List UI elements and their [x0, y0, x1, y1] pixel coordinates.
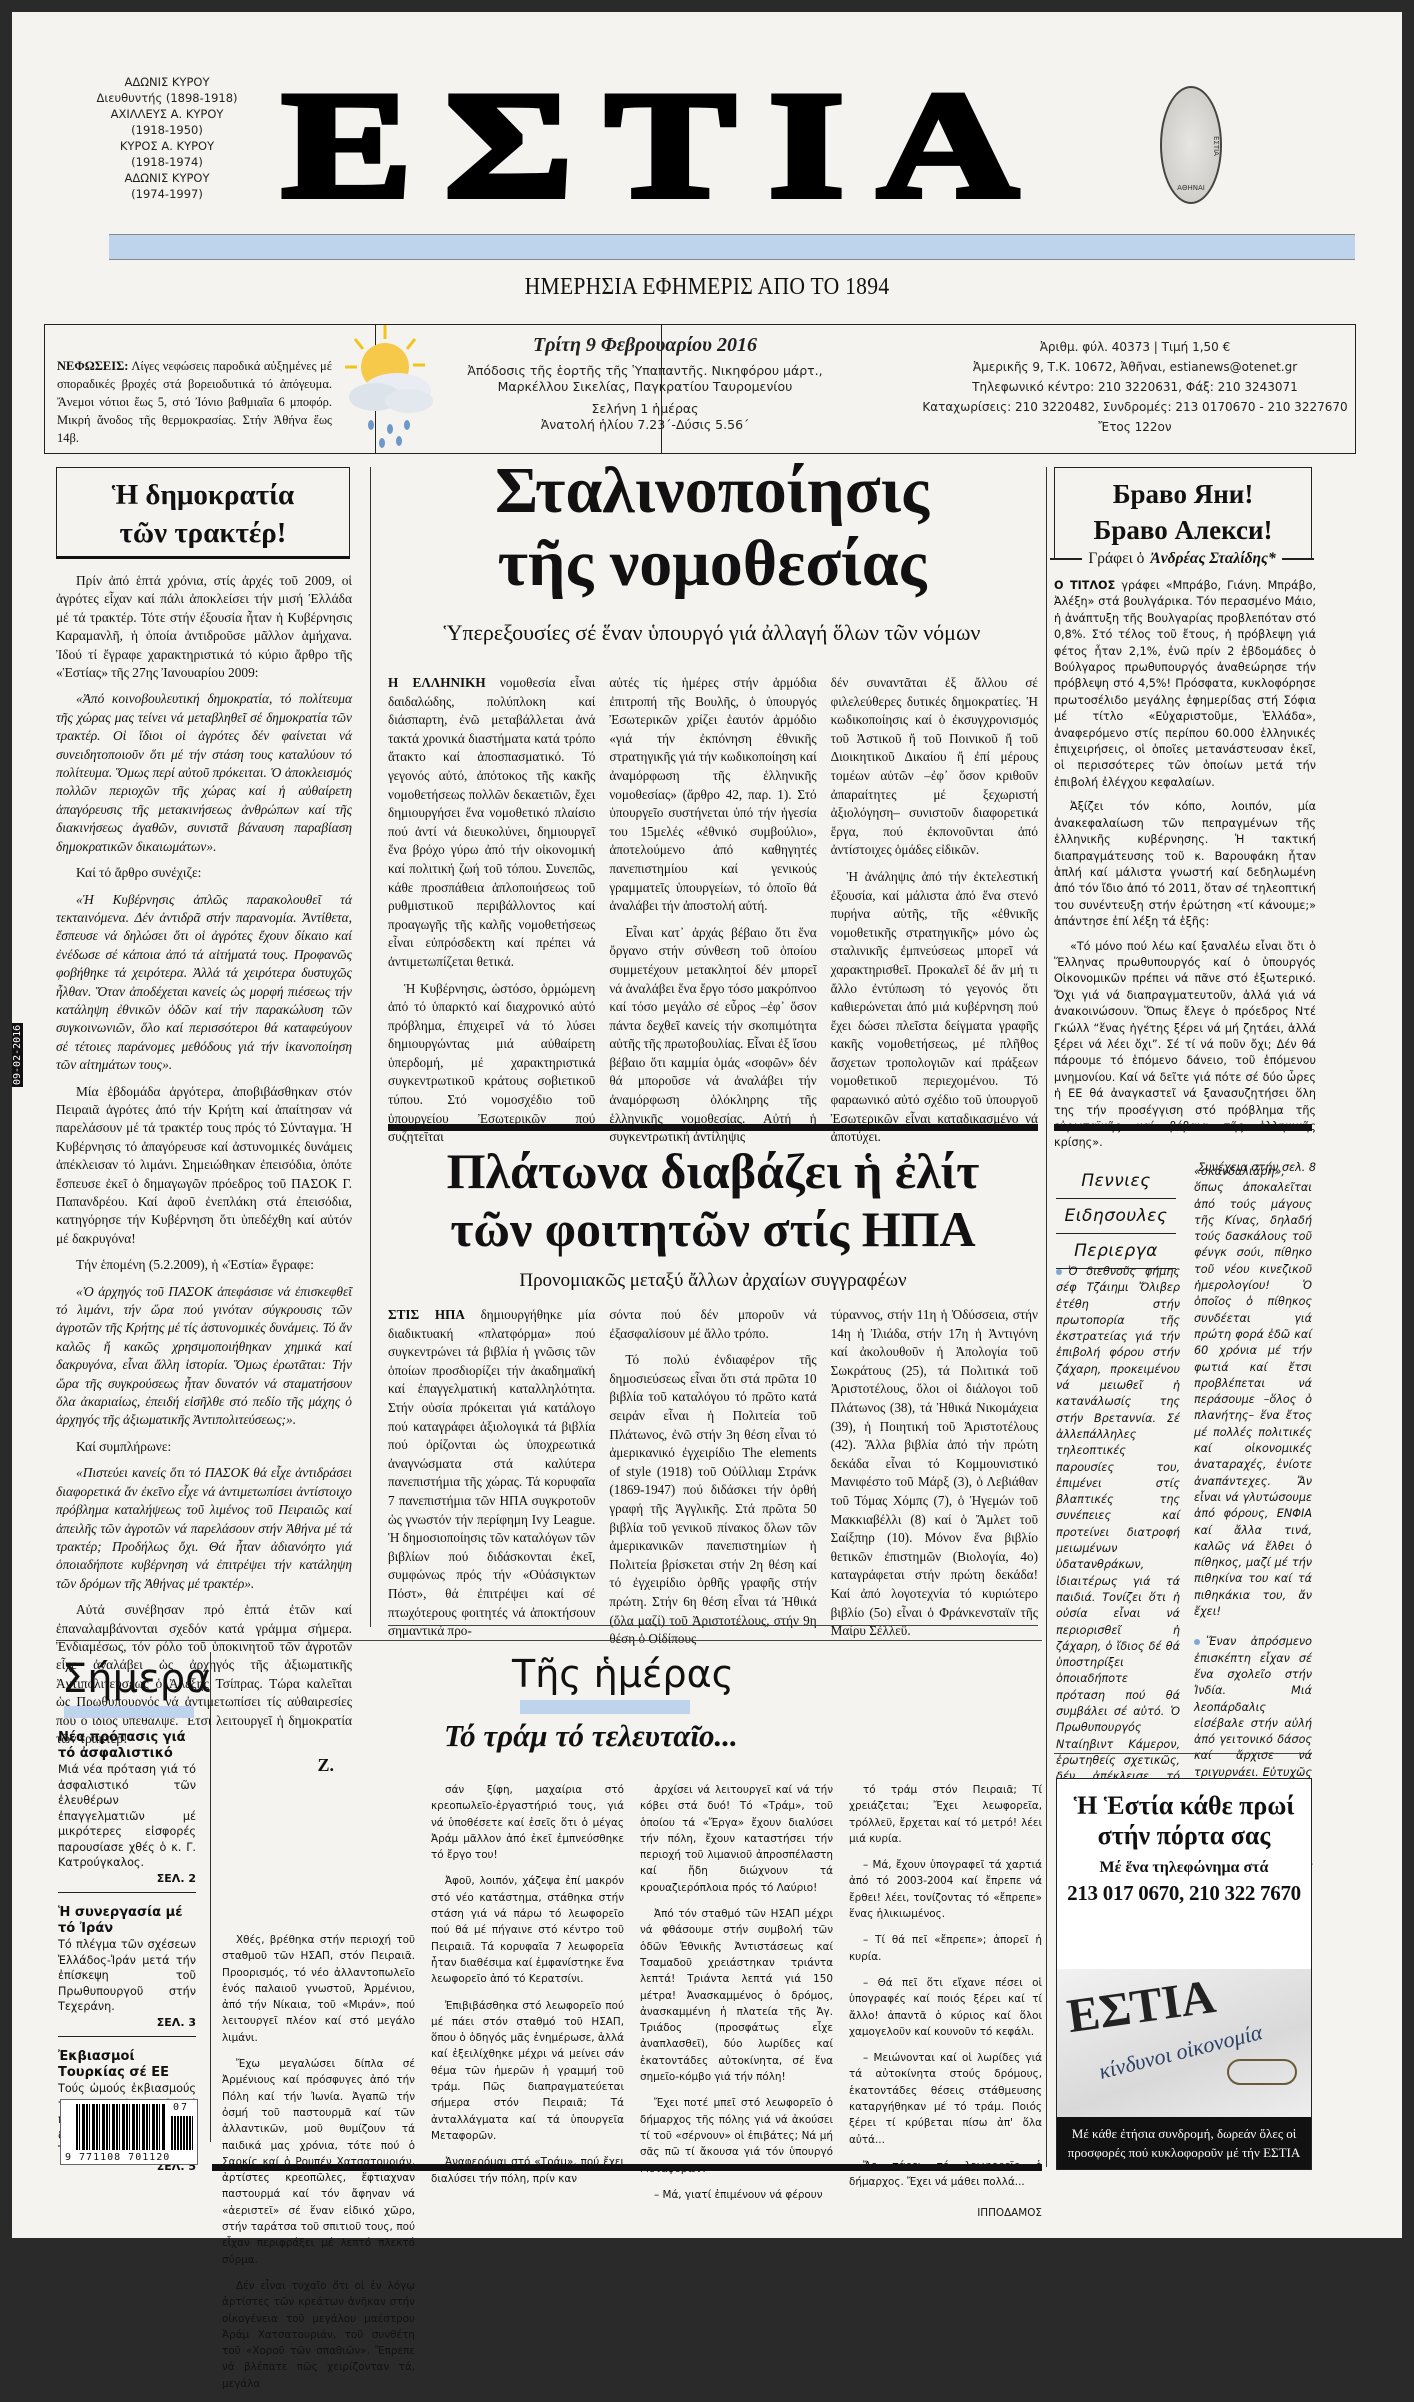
- date-stamp: 09-02-2016: [12, 1023, 23, 1087]
- coin-seal-icon: ΕΣΤΙΑ ΑΘΗΝΑΙ: [1160, 86, 1222, 204]
- paragraph: τύραννος, στήν 11η ἡ Ὀδύσσεια, στήν 14η …: [831, 1306, 1038, 1641]
- opinion-title-box: Браво Яни! Браво Алекси!: [1054, 467, 1312, 559]
- sunrise-sunset: Ἀνατολή ἡλίου 7.23΄-Δύσις 5.56΄: [385, 417, 905, 433]
- founder-role: Διευθυντής (1898-1918): [72, 90, 262, 106]
- founder-name: ΑΔΩΝΙΣ ΚΥΡΟΥ: [72, 170, 262, 186]
- founder-role: (1974-1997): [72, 186, 262, 202]
- newspaper-logo: ΕΣΤΙΑ: [282, 78, 1051, 213]
- paragraph-text: δημιουργήθηκε μία διαδικτυακή «πλατφόρμα…: [388, 1307, 595, 1638]
- paragraph: Ἀξίζει τόν κόπο, λοιπόν, μία ἀνακεφαλαίω…: [1054, 799, 1316, 930]
- signature: ΙΠΠΟΔΑΜΟΣ: [849, 2205, 1042, 2221]
- lead-subtitle: Ὑπερεξουσίες σέ ἕναν ὑπουργό γιά ἀλλαγή …: [372, 620, 1052, 646]
- headline-line: Πλάτωνα διαβάζει ἡ ἐλίτ: [388, 1142, 1038, 1200]
- feast-day: Ἀπόδοσις τῆς ἑορτῆς τῆς Ὑπαπαντῆς. Νικηφ…: [385, 363, 905, 395]
- text-column: δέν συναντᾶται ἐξ ἄλλου σέ φιλελεύθερες …: [831, 674, 1038, 1155]
- text-column: Η ΕΛΛΗΝΙΚΗ νομοθεσία εἶναι δαιδαλώδης, π…: [388, 674, 595, 1155]
- rule: [1282, 558, 1314, 560]
- simera-item[interactable]: Νέα πρότασις γιά τό ἀσφαλιστικό Μιά νέα …: [58, 1730, 196, 1893]
- newspaper-photo: ΕΣΤΙΑ κίνδυνοι οἰκονομία: [1057, 1969, 1312, 2119]
- text-column: σάν ξίφη, μαχαίρια στό κρεοπωλεῖο-ἐργαστ…: [431, 1782, 624, 2250]
- quote-paragraph: «Ἡ Κυβέρνησις ἁπλῶς παρακολουθεῖ τά τεκτ…: [56, 891, 352, 1075]
- byline-prefix: Γράφει ὁ: [1088, 550, 1144, 568]
- phone: Τηλεφωνικό κέντρο: 210 3220631, Φάξ: 210…: [915, 377, 1355, 397]
- section-rule: [56, 1640, 1042, 1641]
- item-text: Μιά νέα πρόταση γιά τό ἀσφαλιστικό τῶν ἐ…: [58, 1762, 196, 1871]
- section-band: [520, 1700, 690, 1714]
- paragraph: Ἀπό τόν σταθμό τῶν ΗΣΑΠ μέχρι νά φθάσουμ…: [640, 1906, 833, 2085]
- paragraph: Καί τό ἄρθρο συνέχιζε:: [56, 864, 352, 882]
- paragraph: ΣΤΙΣ ΗΠΑ δημιουργήθηκε μία διαδικτυακή «…: [388, 1306, 595, 1641]
- column-divider: [1046, 467, 1047, 2167]
- founder-role: (1918-1950): [72, 122, 262, 138]
- section-rule: [388, 1625, 1038, 1626]
- page-ref: ΣΕΛ. 3: [157, 2015, 196, 2031]
- editorial-title: τῶν τρακτέρ!: [57, 514, 349, 552]
- barcode-addon-bars: [171, 2116, 193, 2150]
- rule: [1050, 558, 1082, 560]
- opinion-body: Ο ΤΙΤΛΟΣ γράφει «Μπράβο, Γιάνη. Μπράβο, …: [1054, 578, 1316, 1176]
- paragraph: Καί συμπλήρωνε:: [56, 1438, 352, 1456]
- column-headline[interactable]: Τό τράμ τό τελευταῖο...: [444, 1718, 1004, 1754]
- subscription-ad[interactable]: Ἡ Ἑστία κάθε πρωί στήν πόρτα σας Μέ ἕνα …: [1056, 1778, 1312, 2170]
- lede: Ο ΤΙΤΛΟΣ: [1054, 579, 1115, 592]
- paragraph: – Θά πεῖ ὅτι εἴχανε πέσει οἱ ὑπογραφές κ…: [849, 1975, 1042, 2040]
- lede: Η ΕΛΛΗΝΙΚΗ: [388, 675, 486, 690]
- text-column: τό τράμ στόν Πειραιᾶ; Τί χρειάζεται; Ἔχε…: [849, 1782, 1042, 2250]
- paragraph: Χθές, βρέθηκα στήν περιοχή τοῦ σταθμοῦ τ…: [222, 1932, 415, 2046]
- quote-paragraph: «Ὁ ἀρχηγός τοῦ ΠΑΣΟΚ ἀπεφάσισε νά ἐπισκε…: [56, 1283, 352, 1430]
- paragraph: – Τί θά πεῖ «ἔπρεπε»; ἀπορεῖ ἡ κυρία.: [849, 1932, 1042, 1965]
- paragraph: – Μά, γιατί ἐπιμένουν νά φέρουν: [640, 2187, 833, 2203]
- brief-item: Ὁ διεθνοῦς φήμης σέφ Τζάιημι Ὄλιβερ ἐτέθ…: [1056, 1264, 1180, 1818]
- paragraph: Ἐπιβιβάσθηκα στό λεωφορεῖο πού μέ πάει σ…: [431, 1998, 624, 2145]
- weather-label: ΝΕΦΩΣΕΙΣ:: [57, 359, 128, 373]
- paragraph: δέν συναντᾶται ἐξ ἄλλου σέ φιλελεύθερες …: [831, 674, 1038, 860]
- founder-name: ΑΧΙΛΛΕΥΣ Α. ΚΥΡΟΥ: [72, 106, 262, 122]
- text-column: ἀρχίσει νά λειτουργεῖ καί νά τήν κόβει σ…: [640, 1782, 833, 2250]
- text-column: Χθές, βρέθηκα στήν περιοχή τοῦ σταθμοῦ τ…: [222, 1782, 415, 2250]
- paragraph-text: γράφει «Μπράβο, Γιάνη. Μπράβο, Ἀλέξη» στ…: [1054, 579, 1316, 789]
- editorial-title: Ἡ δημοκρατία: [57, 476, 349, 514]
- editorial-title-box: Ἡ δημοκρατία τῶν τρακτέρ!: [56, 467, 350, 559]
- seal-city: ΑΘΗΝΑΙ: [1162, 184, 1220, 192]
- address: Ἀμερικῆς 9, Τ.Κ. 10672, Ἀθῆναι, estianew…: [915, 357, 1355, 377]
- photo-logo: ΕΣΤΙΑ: [1064, 1969, 1219, 2044]
- founder-role: (1918-1974): [72, 154, 262, 170]
- barcode-number: 9 771108 701120: [65, 2152, 170, 2163]
- headline-line: Σταλινοποίησις: [372, 454, 1052, 527]
- barcode-addon: 07: [173, 2102, 189, 2113]
- paragraph: «Τό μόνο πού λέω καί ξαναλέω εἶναι ὅτι ὁ…: [1054, 939, 1316, 1152]
- paragraph: Τό πολύ ἐνδιαφέρον τῆς δημοσιεύσεως εἶνα…: [609, 1351, 816, 1649]
- paragraph: – Μά, ἔχουν ὑπογραφεῖ τά χαρτιά ἀπό τό 2…: [849, 1857, 1042, 1922]
- opinion-byline: Γράφει ὁ Ἀνδρέας Σταλίδης*: [1050, 550, 1314, 568]
- paragraph: Εἶναι κατ᾽ ἀρχάς βέβαιο ὅτι ἕνα ὄργανο σ…: [609, 924, 816, 1147]
- info-bar: ΝΕΦΩΣΕΙΣ: Λίγες νεφώσεις παροδικά αὐξημέ…: [44, 324, 1356, 454]
- ad-title: Ἡ Ἑστία κάθε πρωί στήν πόρτα σας: [1057, 1791, 1311, 1851]
- subscriptions: Καταχωρίσεις: 210 3220482, Συνδρομές: 21…: [915, 397, 1355, 417]
- brief-item: «σκανδαλιάρη», ὅπως ἀποκαλεῖται ἀπό τούς…: [1194, 1164, 1312, 1620]
- editorial-body: Πρίν ἀπό ἑπτά χρόνια, στίς ἀρχές τοῦ 200…: [56, 572, 352, 1775]
- second-headline[interactable]: Πλάτωνα διαβάζει ἡ ἐλίτ τῶν φοιτητῶν στί…: [388, 1142, 1038, 1258]
- item-title: Νέα πρότασις γιά τό ἀσφαλιστικό: [58, 1730, 196, 1762]
- paragraph: Τήν ἑπομένη (5.2.2009), ἡ «Ἑστία» ἔγραφε…: [56, 1256, 352, 1274]
- heading-word: Ειδησουλες: [1056, 1199, 1176, 1234]
- paragraph: – Μειώνονται καί οἱ λωρίδες γιά τά αὐτοκ…: [849, 2050, 1042, 2148]
- byline-author: Ἀνδρέας Σταλίδης*: [1150, 550, 1275, 568]
- section-title: Τῆς ἡμέρας: [512, 1652, 792, 1696]
- paragraph: Πρίν ἀπό ἑπτά χρόνια, στίς ἀρχές τοῦ 200…: [56, 572, 352, 682]
- barcode: 07 9 771108 701120: [60, 2099, 198, 2165]
- text-column: τύραννος, στήν 11η ἡ Ὀδύσσεια, στήν 14η …: [831, 1306, 1038, 1657]
- section-rule: [212, 2164, 1042, 2171]
- ad-subtitle: Μέ ἕνα τηλεφώνημα στά: [1057, 1859, 1311, 1877]
- item-title: Ἡ συνεργασία μέ τό Ἰράν: [58, 1905, 196, 1937]
- founders-list: ΑΔΩΝΙΣ ΚΥΡΟΥ Διευθυντής (1898-1918) ΑΧΙΛ…: [72, 74, 262, 202]
- bullet-icon: [1056, 1269, 1062, 1275]
- barcode-bars: [76, 2104, 166, 2150]
- paragraph: Ἄς πάρει τό λεωφορεῖο ὁ δήμαρχος. Ἔχει ν…: [849, 2158, 1042, 2191]
- quote-paragraph: «Ἀπό κοινοβουλευτική δημοκρατία, τό πολί…: [56, 690, 352, 856]
- newspaper-front-page: ΑΔΩΝΙΣ ΚΥΡΟΥ Διευθυντής (1898-1918) ΑΧΙΛ…: [12, 12, 1402, 2238]
- lead-headline[interactable]: Σταλινοποίησις τῆς νομοθεσίας: [372, 454, 1052, 600]
- paragraph: σάν ξίφη, μαχαίρια στό κρεοπωλεῖο-ἐργαστ…: [431, 1782, 624, 1863]
- issue-date: Τρίτη 9 Φεβρουαρίου 2016: [385, 337, 905, 353]
- section-rule: [1054, 1124, 1312, 1131]
- masthead-band: [109, 234, 1355, 260]
- section-rule: [1054, 1753, 1312, 1754]
- masthead-tagline: ΗΜΕΡΗΣΙΑ ΕΦΗΜΕΡΙΣ ΑΠΟ ΤΟ 1894: [82, 274, 1333, 301]
- paragraph: Ο ΤΙΤΛΟΣ γράφει «Μπράβο, Γιάνη. Μπράβο, …: [1054, 578, 1316, 791]
- issue-price: Ἀριθμ. φύλ. 40373 | Τιμή 1,50 €: [915, 337, 1355, 357]
- seal-text: ΕΣΤΙΑ: [1162, 136, 1220, 156]
- founder-name: ΑΔΩΝΙΣ ΚΥΡΟΥ: [72, 74, 262, 90]
- ad-phones: 213 017 0670, 210 322 7670: [1057, 1881, 1311, 1906]
- paragraph: Ἡ Κυβέρνησις, ὡστόσο, ὁρμώμενη ἀπό τό ὑπ…: [388, 980, 595, 1147]
- simera-band: [64, 1706, 194, 1718]
- column-body: Χθές, βρέθηκα στήν περιοχή τοῦ σταθμοῦ τ…: [222, 1782, 1042, 2250]
- text-column: αὐτές τίς ἡμέρες στήν ἁρμόδια ἐπιτροπή τ…: [609, 674, 816, 1155]
- paragraph: Ἡ ἀνάληψις ἀπό τήν ἐκτελεστική ἐξουσία, …: [831, 868, 1038, 1147]
- paragraph: σόντα πού δέν μποροῦν νά ἐξασφαλίσουν μέ…: [609, 1306, 816, 1343]
- paragraph: Ἔχω μεγαλώσει δίπλα σέ Ἀρμένιους καί πρό…: [222, 2056, 415, 2250]
- text-column: σόντα πού δέν μποροῦν νά ἐξασφαλίσουν μέ…: [609, 1306, 816, 1657]
- year: Ἔτος 122ον: [915, 417, 1355, 437]
- founder-name: ΚΥΡΟΣ Α. ΚΥΡΟΥ: [72, 138, 262, 154]
- simera-title: Σήμερα: [62, 1657, 202, 1701]
- opinion-title: Браво Яни!: [1055, 476, 1311, 512]
- bullet-icon: [1194, 1639, 1200, 1645]
- paragraph: αὐτές τίς ἡμέρες στήν ἁρμόδια ἐπιτροπή τ…: [609, 674, 816, 916]
- second-subtitle: Προνομιακῶς μεταξύ ἄλλων ἀρχαίων συγγραφ…: [388, 1270, 1038, 1292]
- ad-footer: Μέ κάθε ἐτήσια συνδρομή, δωρεάν ὅλες οἱ …: [1057, 2117, 1311, 2169]
- section-rule: [388, 1124, 1038, 1131]
- simera-item[interactable]: Ἡ συνεργασία μέ τό Ἰράν Τό πλέγμα τῶν σχ…: [58, 1905, 196, 2037]
- heading-word: Πεννιες: [1056, 1164, 1176, 1199]
- column-divider: [210, 1652, 211, 2142]
- glasses-icon: [1227, 2059, 1297, 2085]
- pennies-heading: Πεννιες Ειδησουλες Περιεργα: [1056, 1164, 1176, 1269]
- paragraph: Η ΕΛΛΗΝΙΚΗ νομοθεσία εἶναι δαιδαλώδης, π…: [388, 674, 595, 972]
- date-block: Τρίτη 9 Φεβρουαρίου 2016 Ἀπόδοσις τῆς ἑο…: [385, 337, 905, 433]
- column-divider: [370, 467, 371, 1627]
- opinion-title: Браво Алекси!: [1055, 512, 1311, 548]
- paragraph-text: νομοθεσία εἶναι δαιδαλώδης, πολύπλοκη κα…: [388, 675, 595, 969]
- quote-paragraph: «Πιστεύει κανείς ὅτι τό ΠΑΣΟΚ θά εἶχε ἀν…: [56, 1464, 352, 1593]
- second-body: ΣΤΙΣ ΗΠΑ δημιουργήθηκε μία διαδικτυακή «…: [388, 1306, 1038, 1657]
- moon-phase: Σελήνη 1 ἡμέρας: [385, 401, 905, 417]
- headline-line: τῆς νομοθεσίας: [372, 527, 1052, 600]
- publisher-info: Ἀριθμ. φύλ. 40373 | Τιμή 1,50 € Ἀμερικῆς…: [915, 337, 1355, 437]
- margin-date-stamp: 09-02-2016: [12, 997, 24, 1087]
- paragraph: ἀρχίσει νά λειτουργεῖ καί νά τήν κόβει σ…: [640, 1782, 833, 1896]
- brief-text: Ὁ διεθνοῦς φήμης σέφ Τζάιημι Ὄλιβερ ἐτέθ…: [1056, 1265, 1180, 1816]
- item-text: Τό πλέγμα τῶν σχέσεων Ἑλλάδος-Ἰράν μετά …: [58, 1937, 196, 2015]
- page-ref: ΣΕΛ. 2: [157, 1871, 196, 1887]
- lead-body: Η ΕΛΛΗΝΙΚΗ νομοθεσία εἶναι δαιδαλώδης, π…: [388, 674, 1038, 1155]
- paragraph: τό τράμ στόν Πειραιᾶ; Τί χρειάζεται; Ἔχε…: [849, 1782, 1042, 1847]
- paragraph: Ἀφοῦ, λοιπόν, χάζεψα ἐπί μακρόν στό νέο …: [431, 1873, 624, 1987]
- item-title: Ἐκβιασμοί Τουρκίας σέ ΕΕ: [58, 2049, 196, 2081]
- text-column: ΣΤΙΣ ΗΠΑ δημιουργήθηκε μία διαδικτυακή «…: [388, 1306, 595, 1657]
- paragraph: Μία ἑβδομάδα ἀργότερα, ἀποβιβάσθηκαν στό…: [56, 1083, 352, 1249]
- headline-line: τῶν φοιτητῶν στίς ΗΠΑ: [388, 1200, 1038, 1258]
- lede: ΣΤΙΣ ΗΠΑ: [388, 1307, 465, 1322]
- weather-forecast: ΝΕΦΩΣΕΙΣ: Λίγες νεφώσεις παροδικά αὐξημέ…: [57, 357, 332, 447]
